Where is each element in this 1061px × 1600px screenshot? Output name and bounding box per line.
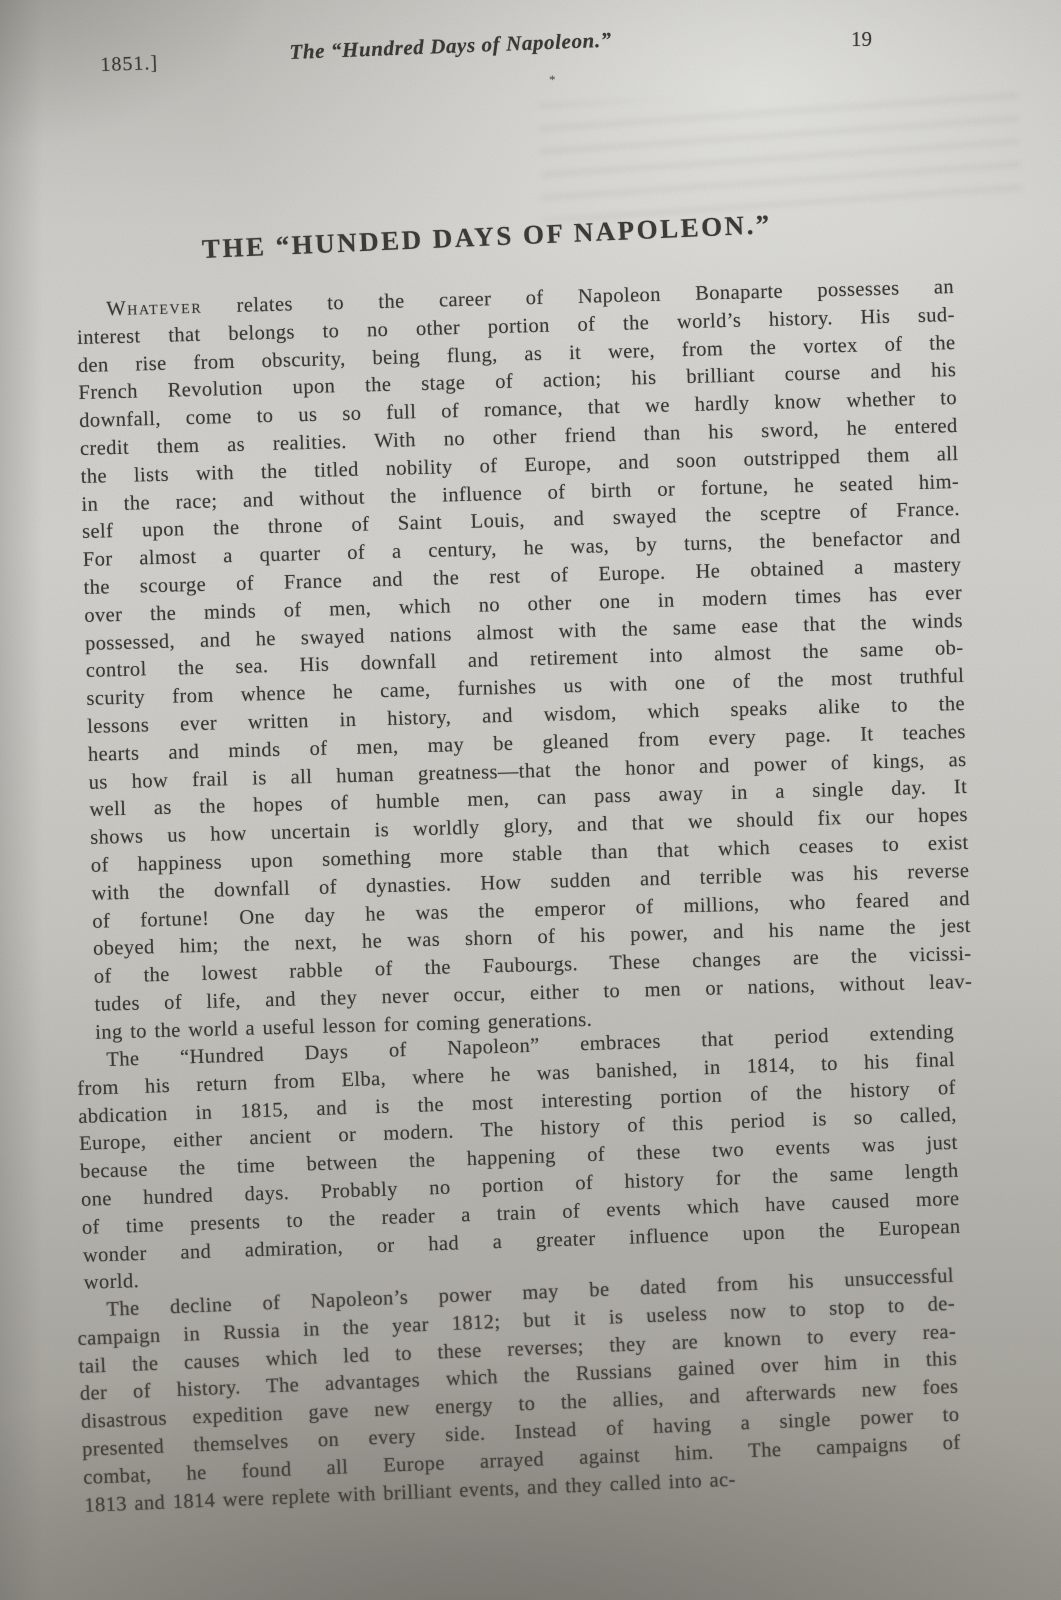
lead-word-small-caps: Whatever	[106, 296, 202, 321]
paragraph: The decline of Napoleon’s power may be d…	[76, 1263, 962, 1520]
page-showthrough	[538, 87, 1022, 222]
footnote-asterisk: *	[549, 72, 556, 88]
paragraph: The “Hundred Days of Napoleon” embraces …	[76, 1019, 962, 1298]
header-running-title: The “Hundred Days of Napoleon.”	[289, 28, 612, 65]
book-page-scan: 1851.] The “Hundred Days of Napoleon.” 1…	[0, 0, 1061, 1600]
header-page-number: 19	[851, 27, 872, 52]
paragraph: Whatever relates to the career of Napole…	[76, 274, 973, 1047]
article-title: THE “HUNDED DAYS OF NAPOLEON.”	[201, 209, 772, 265]
header-year: 1851.]	[100, 52, 158, 77]
